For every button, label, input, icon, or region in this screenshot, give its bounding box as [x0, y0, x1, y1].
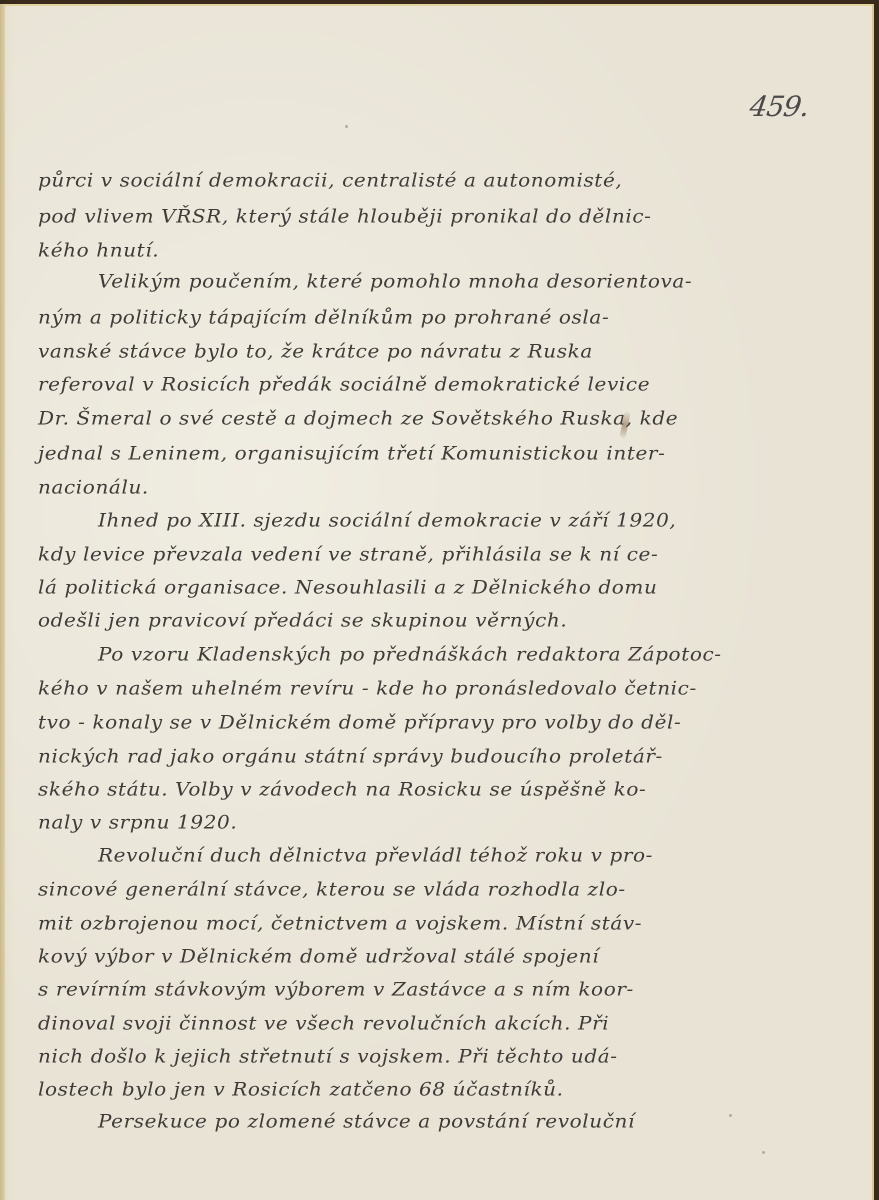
text-line: Ihned po XIII. sjezdu sociální demokraci… — [98, 509, 676, 531]
text-line: naly v srpnu 1920. — [38, 811, 237, 833]
text-line: ným a politicky tápajícím dělníkům po pr… — [38, 306, 609, 328]
text-line: Velikým poučením, které pomohlo mnoha de… — [98, 270, 692, 292]
text-line: Revoluční duch dělnictva převládl téhož … — [98, 844, 653, 866]
manuscript-page: 459. půrci v sociální demokracii, centra… — [0, 4, 874, 1200]
text-line: kdy levice převzala vedení ve straně, př… — [38, 543, 658, 565]
text-line: kový výbor v Dělnickém domě udržoval stá… — [38, 945, 599, 967]
text-line: jednal s Leninem, organisujícím třetí Ko… — [38, 442, 665, 464]
text-line: pod vlivem VŘSR, který stále hlouběji pr… — [38, 205, 652, 227]
text-line: nacionálu. — [38, 476, 149, 498]
text-line: ského státu. Volby v závodech na Rosicku… — [38, 778, 646, 800]
text-line: Persekuce po zlomené stávce a povstání r… — [98, 1110, 635, 1132]
text-line: dinoval svoji činnost ve všech revoluční… — [38, 1012, 609, 1034]
text-line: s revírním stávkovým výborem v Zastávce … — [38, 978, 634, 1000]
text-line: lá politická organisace. Nesouhlasili a … — [38, 576, 657, 598]
text-line: tvo - konaly se v Dělnickém domě příprav… — [38, 711, 681, 733]
paper-speck — [345, 125, 348, 128]
text-line: referoval v Rosicích předák sociálně dem… — [38, 373, 650, 395]
text-line: nických rad jako orgánu státní správy bu… — [38, 745, 663, 767]
text-line: sincové generální stávce, kterou se vlád… — [38, 878, 626, 900]
paper-speck — [729, 1114, 732, 1117]
text-line: kého v našem uhelném revíru - kde ho pro… — [38, 677, 697, 699]
paper-speck — [762, 1151, 765, 1154]
text-line: Po vzoru Kladenských po přednáškách reda… — [98, 643, 722, 665]
text-line: půrci v sociální demokracii, centralisté… — [38, 169, 622, 191]
text-line: lostech bylo jen v Rosicích zatčeno 68 ú… — [38, 1078, 564, 1100]
text-line: vanské stávce bylo to, že krátce po návr… — [38, 340, 593, 362]
page-binding-edge — [0, 4, 5, 1200]
text-line: kého hnutí. — [38, 239, 159, 261]
page-number: 459. — [748, 90, 811, 123]
text-line: odešli jen pravicoví předáci se skupinou… — [38, 609, 567, 631]
text-line: mit ozbrojenou mocí, četnictvem a vojske… — [38, 912, 642, 934]
text-line: Dr. Šmeral o své cestě a dojmech ze Sově… — [38, 407, 678, 429]
text-line: nich došlo k jejich střetnutí s vojskem.… — [38, 1045, 618, 1067]
